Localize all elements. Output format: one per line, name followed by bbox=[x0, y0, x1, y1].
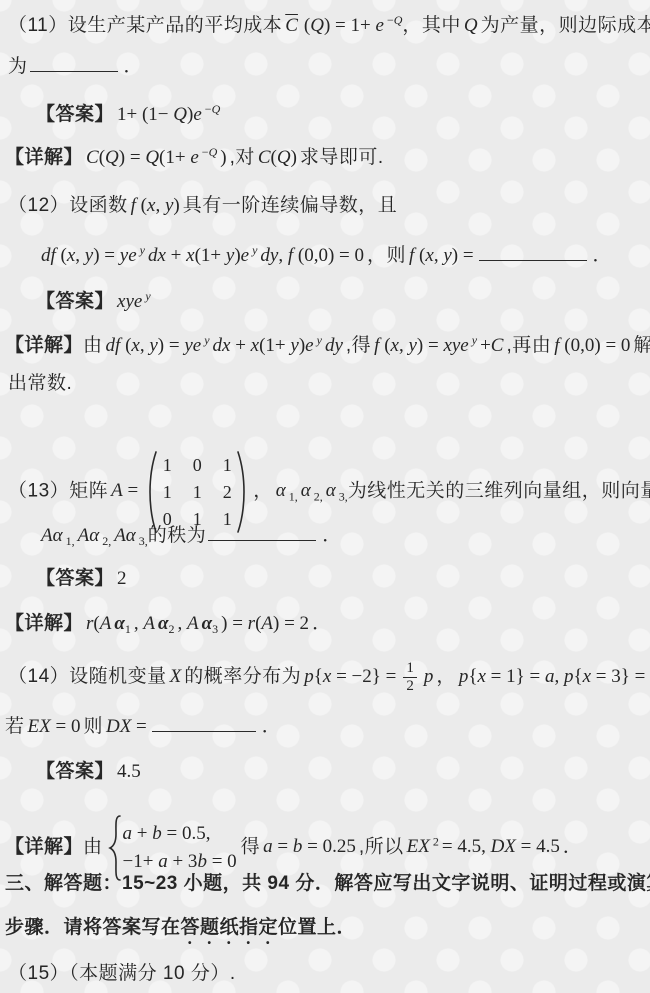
math-roman: = bbox=[123, 480, 138, 501]
math-roman: = bbox=[131, 716, 146, 737]
superscript: y bbox=[145, 289, 150, 303]
math-roman: , bbox=[434, 245, 444, 266]
math-italic: y bbox=[408, 335, 416, 356]
q12-stem: （12）设函数f (x, y)具有一阶连续偏导数，且 bbox=[8, 194, 397, 218]
cjk-text: ,得 bbox=[346, 335, 371, 356]
cjk-text: ,对 bbox=[230, 147, 255, 168]
math-roman: = 0.5, bbox=[162, 823, 211, 844]
math-italic: b bbox=[197, 851, 207, 872]
fraction-numerator: 1 bbox=[403, 660, 417, 677]
math-italic: DX bbox=[106, 716, 131, 737]
cjk-text: 具有一阶连续偏导数，且 bbox=[183, 195, 398, 216]
math-roman: { bbox=[314, 666, 323, 687]
math-italic: df bbox=[106, 335, 121, 356]
math-roman: ) = bbox=[221, 613, 248, 634]
cjk-text: 为产量，则边际成本 bbox=[481, 15, 650, 36]
math-italic: a bbox=[263, 836, 273, 857]
q12-solution-cont: 出常数. bbox=[8, 372, 72, 396]
math-italic: Aα bbox=[114, 525, 136, 546]
math-bold-italic: α bbox=[158, 613, 169, 634]
superscript: −Q bbox=[387, 13, 402, 27]
cjk-text: ． bbox=[312, 613, 332, 634]
math-segment: = 4.5, DX = 4.5 bbox=[442, 836, 560, 857]
cjk-text: 由 bbox=[83, 335, 103, 356]
cjk-text: ，其中 bbox=[402, 15, 461, 36]
math-italic: Q bbox=[145, 147, 159, 168]
math-segment: p bbox=[424, 666, 434, 687]
math-italic: Aα bbox=[78, 525, 100, 546]
math-segment: f (0,0) = 0 bbox=[554, 335, 630, 356]
math-roman: , bbox=[140, 335, 150, 356]
superscript: y bbox=[252, 243, 257, 257]
q11-stem: （11）设生产某产品的平均成本C(Q) = 1+ e−Q，其中Q为产量，则边际成… bbox=[8, 8, 650, 38]
math-italic: Q bbox=[310, 15, 324, 36]
cjk-text: 求导即可. bbox=[300, 147, 384, 168]
cjk-bold-text: 【详解】 bbox=[5, 335, 83, 356]
math-italic: dx bbox=[213, 335, 231, 356]
math-roman: (1+ bbox=[159, 147, 190, 168]
math-roman: , bbox=[554, 666, 564, 687]
subscript: 3, bbox=[339, 489, 348, 503]
math-roman: − bbox=[202, 145, 209, 159]
math-segment: , A bbox=[134, 613, 155, 634]
math-roman: ( bbox=[56, 245, 67, 266]
math-italic: y bbox=[204, 333, 209, 347]
math-italic: Q bbox=[105, 147, 119, 168]
q11-solution: 【详解】C(Q) = Q(1+ e−Q),对C(Q)求导即可. bbox=[5, 140, 384, 170]
matrix-cell: 2 bbox=[220, 481, 234, 503]
q15-header: （15）（本题满分 10 分）. bbox=[8, 962, 236, 986]
math-segment: dy bbox=[325, 335, 343, 356]
cjk-text: 由 bbox=[83, 836, 103, 857]
cjk-bold-text: 步骤．请将答案写在 bbox=[5, 917, 181, 938]
math-segment: ) bbox=[220, 147, 226, 168]
math-roman: (0,0) = 0 bbox=[560, 335, 631, 356]
subscript: 2 bbox=[169, 622, 175, 636]
math-italic: x bbox=[391, 335, 399, 356]
math-roman: ( bbox=[379, 335, 390, 356]
math-roman: + bbox=[132, 823, 152, 844]
math-italic: C bbox=[86, 147, 99, 168]
math-italic: x bbox=[131, 335, 139, 356]
math-italic: C bbox=[258, 147, 271, 168]
math-roman: ) bbox=[291, 147, 297, 168]
superscript: −Q bbox=[205, 102, 220, 116]
math-roman: = −2} = bbox=[331, 666, 396, 687]
math-italic: df bbox=[41, 245, 56, 266]
math-italic: e bbox=[376, 15, 384, 36]
math-roman: ) = bbox=[158, 335, 185, 356]
math-segment: A = bbox=[111, 480, 138, 501]
cjk-text: ． bbox=[262, 716, 282, 737]
math-italic: Q bbox=[173, 104, 187, 125]
math-roman-segment: 4.5 bbox=[117, 761, 141, 782]
math-italic: dy bbox=[260, 245, 278, 266]
math-roman: 2 bbox=[169, 622, 175, 636]
math-italic: C bbox=[285, 15, 298, 36]
math-roman: ) = 2 bbox=[273, 613, 309, 634]
math-italic: X bbox=[170, 666, 182, 687]
math-roman: ( bbox=[136, 195, 147, 216]
math-italic: x bbox=[251, 335, 259, 356]
superscript: y bbox=[140, 243, 145, 257]
math-roman: 2, bbox=[102, 534, 111, 548]
cjk-text: 为 bbox=[8, 56, 28, 77]
cjk-text: （13）矩阵 bbox=[8, 480, 108, 501]
math-italic: y bbox=[140, 243, 145, 257]
math-italic: ye bbox=[184, 335, 201, 356]
cjk-text: 的秩为 bbox=[148, 525, 207, 546]
math-italic: y bbox=[85, 245, 93, 266]
matrix-cell: 1 bbox=[160, 454, 174, 476]
cjk-text: ． bbox=[124, 56, 144, 77]
q11-answer: 【答案】1+ (1− Q)e−Q bbox=[36, 97, 220, 127]
math-italic: A bbox=[111, 480, 123, 501]
math-segment: p{x = −2} = bbox=[304, 666, 396, 687]
q13-answer: 【答案】2 bbox=[36, 567, 130, 591]
superscript: −Q bbox=[202, 145, 217, 159]
math-italic: EX bbox=[407, 836, 430, 857]
matrix-cell: 1 bbox=[190, 481, 204, 503]
math-italic: y bbox=[472, 333, 477, 347]
math-segment: +C bbox=[480, 335, 503, 356]
math-italic: A bbox=[143, 613, 155, 634]
q11-blank-line: 为． bbox=[8, 52, 143, 79]
cjk-text: ,所以 bbox=[359, 836, 404, 857]
superscript: y bbox=[204, 333, 209, 347]
cjk-bold-text: 【答案】 bbox=[36, 104, 114, 125]
math-segment: α bbox=[276, 480, 286, 501]
math-roman: ( bbox=[120, 335, 131, 356]
math-segment: Aα bbox=[114, 525, 136, 546]
cjk-text: 为线性无关的三维列向量组，则向量组 bbox=[348, 480, 650, 501]
math-italic: xye bbox=[443, 335, 468, 356]
cjk-bold-text: 【答案】 bbox=[36, 568, 114, 589]
cjk-bold-text: 【详解】 bbox=[5, 613, 83, 634]
math-italic: a bbox=[123, 823, 133, 844]
math-segment: df (x, y) = ye bbox=[41, 245, 137, 266]
q12-answer: 【答案】xyey bbox=[36, 284, 151, 314]
math-roman: , bbox=[155, 195, 165, 216]
fill-in-blank bbox=[152, 712, 256, 732]
math-roman: (0,0) = 0 bbox=[293, 245, 364, 266]
math-segment: f (x, y) bbox=[131, 195, 180, 216]
math-segment: dx + x(1+ y)e bbox=[213, 335, 314, 356]
math-roman: , bbox=[278, 245, 288, 266]
subscript: 1, bbox=[66, 534, 75, 548]
q12-formula: df (x, y) = yeydx + x(1+ y)eydy, f (0,0)… bbox=[38, 238, 612, 268]
math-italic: Q bbox=[209, 145, 218, 159]
math-roman: { bbox=[573, 666, 582, 687]
math-roman: ) = 1+ bbox=[324, 15, 376, 36]
math-segment: (Q) = 1+ e bbox=[304, 15, 384, 36]
math-roman: = 4.5, bbox=[442, 836, 491, 857]
math-italic: p bbox=[459, 666, 469, 687]
math-segment: df (x, y) = ye bbox=[106, 335, 202, 356]
math-italic: b bbox=[293, 836, 303, 857]
math-roman: = 1} = bbox=[486, 666, 545, 687]
math-roman: 3, bbox=[339, 489, 348, 503]
math-roman: , bbox=[178, 613, 188, 634]
cjk-bold-text: 【答案】 bbox=[36, 291, 114, 312]
math-italic: r bbox=[248, 613, 255, 634]
math-italic: x bbox=[425, 245, 433, 266]
cjk-text: 则 bbox=[83, 716, 103, 737]
cjk-bold-text: 位置上． bbox=[278, 917, 356, 938]
math-segment: C(Q) bbox=[258, 147, 297, 168]
q14-stem: （14）设随机变量X的概率分布为p{x = −2} =12p，p{x = 1} … bbox=[8, 660, 650, 695]
math-roman: + bbox=[230, 335, 250, 356]
math-segment: α bbox=[326, 480, 336, 501]
math-roman: 1 bbox=[125, 622, 131, 636]
section3-header-line2: 步骤．请将答案写在答题纸指定位置上． bbox=[5, 916, 356, 949]
math-italic: a bbox=[158, 851, 168, 872]
math-segment: Q bbox=[464, 15, 478, 36]
math-segment: r(A bbox=[86, 613, 111, 634]
q13-solution: 【详解】r(Aα1, Aα2, Aα3) = r(A) = 2． bbox=[5, 612, 332, 641]
math-segment: ) = r(A) = 2 bbox=[221, 613, 309, 634]
cjk-text: （12）设函数 bbox=[8, 195, 128, 216]
subscript: 2, bbox=[314, 489, 323, 503]
math-roman: = 0 bbox=[207, 851, 237, 872]
subscript: 1 bbox=[125, 622, 131, 636]
subscript: 2, bbox=[102, 534, 111, 548]
math-roman: − bbox=[205, 102, 212, 116]
math-roman: 1, bbox=[66, 534, 75, 548]
math-italic: C bbox=[491, 335, 504, 356]
math-italic: Q bbox=[464, 15, 478, 36]
matrix-cell: 0 bbox=[190, 454, 204, 476]
math-italic: Q bbox=[212, 102, 221, 116]
math-roman: = 0.25 bbox=[302, 836, 355, 857]
math-segment: f (x, y) = xye bbox=[374, 335, 469, 356]
q14-formula: 若EX = 0则DX =． bbox=[5, 712, 281, 739]
fill-in-blank bbox=[208, 521, 316, 541]
math-italic: A bbox=[187, 613, 199, 634]
cjk-text: ． bbox=[322, 525, 342, 546]
math-roman: 3, bbox=[139, 534, 148, 548]
math-italic: α bbox=[301, 480, 311, 501]
math-segment: dx + x(1+ y)e bbox=[148, 245, 249, 266]
math-segment: C(Q) = Q(1+ e bbox=[86, 147, 199, 168]
fraction-denominator: 2 bbox=[403, 677, 417, 695]
math-roman: 2 bbox=[433, 834, 439, 848]
math-italic: α bbox=[326, 480, 336, 501]
math-italic: p bbox=[304, 666, 314, 687]
cjk-text: （11）设生产某产品的平均成本 bbox=[8, 15, 282, 36]
math-roman: = bbox=[273, 836, 293, 857]
cjk-text: ，则 bbox=[367, 245, 406, 266]
math-segment: DX = bbox=[106, 716, 147, 737]
math-roman: (1+ bbox=[259, 335, 290, 356]
q14-answer: 【答案】4.5 bbox=[36, 760, 144, 784]
math-italic: p bbox=[424, 666, 434, 687]
math-italic: x bbox=[477, 666, 485, 687]
math-roman: −1+ bbox=[123, 851, 159, 872]
math-italic: A bbox=[261, 613, 273, 634]
math-italic: dy bbox=[325, 335, 343, 356]
superscript: y bbox=[317, 333, 322, 347]
cases-line: a + b = 0.5, bbox=[123, 820, 237, 848]
math-roman: , bbox=[75, 245, 85, 266]
math-bold-italic: α bbox=[202, 613, 213, 634]
math-italic: ye bbox=[120, 245, 137, 266]
cjk-text: （15）（本题满分 10 分）. bbox=[8, 963, 236, 984]
math-roman: , bbox=[134, 613, 144, 634]
math-italic: x bbox=[583, 666, 591, 687]
math-segment: dy, f (0,0) = 0 bbox=[260, 245, 364, 266]
cjk-text: ， bbox=[253, 480, 273, 501]
math-segment: Aα bbox=[41, 525, 63, 546]
superscript: y bbox=[472, 333, 477, 347]
math-italic: y bbox=[317, 333, 322, 347]
math-roman: = 0 bbox=[51, 716, 81, 737]
math-italic: e bbox=[190, 147, 198, 168]
cjk-text: ,再由 bbox=[506, 335, 551, 356]
cjk-bold-text: 三、解答题：15~23 小题，共 94 分．解答应写出文字说明、证明过程或演算 bbox=[5, 873, 650, 894]
math-roman: ) = bbox=[417, 335, 444, 356]
math-segment: EX = 0 bbox=[28, 716, 81, 737]
math-segment: , A bbox=[178, 613, 199, 634]
cjk-bold-text: 【答案】 bbox=[36, 761, 114, 782]
cjk-emphasized-text: 答题纸指定 bbox=[181, 917, 279, 938]
math-roman: 1+ (1− bbox=[117, 104, 173, 125]
fraction: 12 bbox=[403, 660, 417, 695]
math-roman: ) = bbox=[93, 245, 120, 266]
subscript: 3 bbox=[212, 622, 218, 636]
section3-header-line1: 三、解答题：15~23 小题，共 94 分．解答应写出文字说明、证明过程或演算 bbox=[5, 872, 650, 896]
math-roman: ( bbox=[414, 245, 425, 266]
math-roman: (1+ bbox=[195, 245, 226, 266]
cjk-text: 解 bbox=[633, 335, 650, 356]
document-page: （11）设生产某产品的平均成本C(Q) = 1+ e−Q，其中Q为产量，则边际成… bbox=[0, 0, 650, 993]
math-segment: p{x = 1} = a, p{x = 3} = b bbox=[459, 666, 650, 687]
math-roman: + 3 bbox=[168, 851, 198, 872]
math-italic: Aα bbox=[41, 525, 63, 546]
math-roman: 2, bbox=[314, 489, 323, 503]
math-italic: DX bbox=[491, 836, 516, 857]
cjk-text: ． bbox=[593, 245, 613, 266]
cjk-bold-text: 【详解】 bbox=[5, 836, 83, 857]
math-italic: y bbox=[145, 289, 150, 303]
matrix-cell: 1 bbox=[160, 481, 174, 503]
math-italic: α bbox=[276, 480, 286, 501]
cjk-text: 若 bbox=[5, 716, 25, 737]
cases-rows: a + b = 0.5,−1+ a + 3b = 0 bbox=[123, 820, 237, 876]
math-italic: y bbox=[252, 243, 257, 257]
math-segment: EX bbox=[407, 836, 430, 857]
math-italic: A bbox=[100, 613, 112, 634]
cjk-text: ． bbox=[563, 836, 583, 857]
subscript: 3, bbox=[139, 534, 148, 548]
fill-in-blank bbox=[479, 241, 587, 261]
math-roman: = 4.5 bbox=[516, 836, 560, 857]
math-italic: dx bbox=[148, 245, 166, 266]
math-roman: ) = bbox=[119, 147, 146, 168]
q13-formula: Aα1,Aα2,Aα3,的秩为． bbox=[38, 521, 342, 553]
math-segment: Aα bbox=[78, 525, 100, 546]
math-segment: xye bbox=[117, 291, 142, 312]
math-italic: y bbox=[443, 245, 451, 266]
math-segment: a = b = 0.25 bbox=[263, 836, 356, 857]
math-segment: α bbox=[301, 480, 311, 501]
math-overline: C bbox=[285, 15, 298, 36]
math-italic: xye bbox=[117, 291, 142, 312]
q12-solution: 【详解】由df (x, y) = yeydx + x(1+ y)eydy,得f … bbox=[5, 328, 650, 358]
superscript: 2 bbox=[433, 834, 439, 848]
math-roman: ) bbox=[220, 147, 226, 168]
math-roman: + bbox=[166, 245, 186, 266]
math-segment: f (x, y) = bbox=[409, 245, 474, 266]
cjk-text: 的概率分布为 bbox=[184, 666, 301, 687]
math-roman: = 3} = bbox=[591, 666, 650, 687]
math-italic: x bbox=[186, 245, 194, 266]
math-segment: X bbox=[170, 666, 182, 687]
math-italic: b bbox=[152, 823, 162, 844]
cjk-text: （14）设随机变量 bbox=[8, 666, 167, 687]
fill-in-blank bbox=[30, 52, 118, 72]
math-roman: − bbox=[387, 13, 394, 27]
math-italic: e bbox=[305, 335, 313, 356]
cjk-text: 出常数. bbox=[8, 373, 72, 394]
math-bold-italic: α bbox=[114, 613, 125, 634]
cjk-text: ， bbox=[436, 666, 456, 687]
math-italic: EX bbox=[28, 716, 51, 737]
cjk-bold-text: 【详解】 bbox=[5, 147, 83, 168]
matrix-grid: 101112011 bbox=[160, 454, 234, 530]
matrix-cell: 1 bbox=[220, 454, 234, 476]
math-italic: y bbox=[149, 335, 157, 356]
math-segment: 1+ (1− Q)e bbox=[117, 104, 202, 125]
math-roman: 1, bbox=[289, 489, 298, 503]
cjk-text: 得 bbox=[241, 836, 261, 857]
math-roman: + bbox=[480, 335, 491, 356]
math-roman-segment: 2 bbox=[117, 568, 127, 589]
math-italic: e bbox=[193, 104, 201, 125]
math-roman: ) = bbox=[452, 245, 474, 266]
math-italic: e bbox=[241, 245, 249, 266]
math-roman: ) bbox=[173, 195, 179, 216]
subscript: 1, bbox=[289, 489, 298, 503]
math-roman: 3 bbox=[212, 622, 218, 636]
math-italic: Q bbox=[277, 147, 291, 168]
math-italic: y bbox=[290, 335, 298, 356]
